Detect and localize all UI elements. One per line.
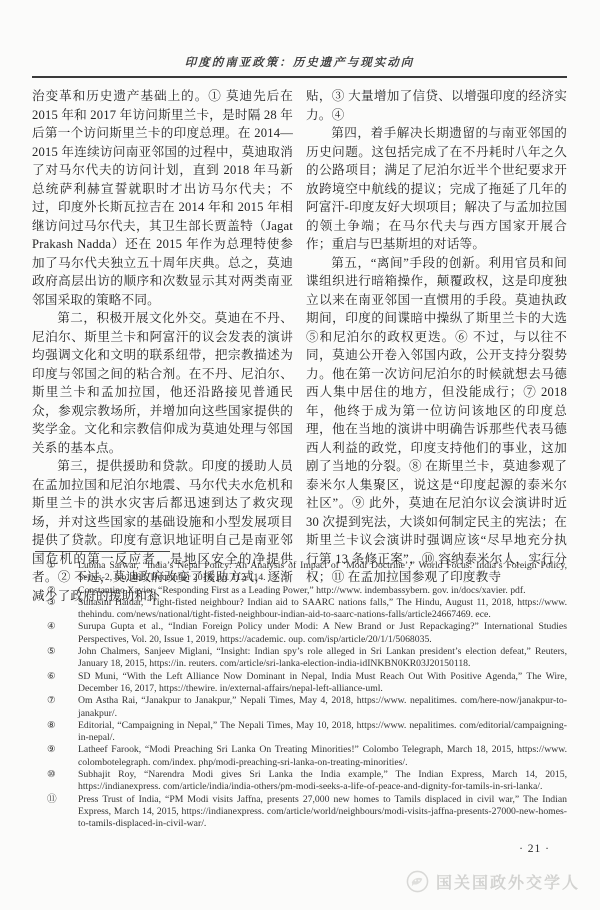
footnote-number: ② bbox=[47, 585, 56, 597]
footnote-text: Editorial, “Campaigning in Nepal,” The N… bbox=[78, 720, 567, 743]
footnote-number: ⑧ bbox=[47, 720, 56, 732]
footnote: ⑦ Om Astha Rai, “Janakpur to Janakpur,” … bbox=[32, 695, 567, 720]
watermark-label: 国关国政外交学人 bbox=[436, 870, 580, 893]
wechat-logo-icon bbox=[406, 870, 429, 893]
footnote-text: Suhasini Haidar, “Tight-fisted neighbour… bbox=[78, 597, 567, 620]
footnote-text: John Chalmers, Sanjeev Miglani, “Insight… bbox=[78, 646, 567, 669]
footnote-number: ③ bbox=[47, 597, 56, 609]
footnotes: ① Lubina Sarwar, “India’s Nepal Policy: … bbox=[32, 560, 567, 831]
footnote: ⑤ John Chalmers, Sanjeev Miglani, “Insig… bbox=[32, 646, 567, 671]
footnote-number: ① bbox=[47, 560, 56, 572]
footnote-number: ⑪ bbox=[47, 794, 57, 806]
article-body: 治变革和历史遗产基础上的。① 莫迪先后在 2015 年和 2017 年访问斯里兰… bbox=[32, 87, 567, 605]
footnote-number: ⑥ bbox=[47, 671, 56, 683]
footnote-number: ⑤ bbox=[47, 646, 56, 658]
footnote: ② Constantino Xavier, “Responding First … bbox=[32, 585, 567, 597]
left-column: 治变革和历史遗产基础上的。① 莫迪先后在 2015 年和 2017 年访问斯里兰… bbox=[32, 87, 293, 605]
body-paragraph: 治变革和历史遗产基础上的。① 莫迪先后在 2015 年和 2017 年访问斯里兰… bbox=[32, 87, 293, 309]
journal-page: 印度的南亚政策：历史遗产与现实动向 治变革和历史遗产基础上的。① 莫迪先后在 2… bbox=[0, 0, 600, 910]
page-number: · 21 · bbox=[0, 843, 550, 855]
footnote: ⑩ Subhajit Roy, “Narendra Modi gives Sri… bbox=[32, 769, 567, 794]
body-paragraph: 贴，③ 大量增加了信贷、以增强印度的经济实力。④ bbox=[306, 87, 567, 124]
footnote-number: ⑩ bbox=[47, 769, 56, 781]
footnote: ⑥ SD Muni, “With the Left Alliance Now D… bbox=[32, 671, 567, 696]
footnote-number: ⑦ bbox=[47, 695, 56, 707]
watermark: 国关国政外交学人 bbox=[406, 870, 580, 893]
footnote-separator bbox=[35, 551, 170, 552]
footnote-text: Constantino Xavier, “Responding First as… bbox=[78, 585, 526, 596]
footnote: ⑧ Editorial, “Campaigning in Nepal,” The… bbox=[32, 720, 567, 745]
footnote: ⑪ Press Trust of India, “PM Modi visits … bbox=[32, 794, 567, 831]
footnote-number: ⑨ bbox=[47, 744, 56, 756]
footnote: ① Lubina Sarwar, “India’s Nepal Policy: … bbox=[32, 560, 567, 585]
body-paragraph: 第五，“离间”手段的创新。利用官员和间谍组织进行暗箱操作，颠覆政权，这是印度独立… bbox=[306, 254, 567, 587]
footnote-text: Subhajit Roy, “Narendra Modi gives Sri L… bbox=[78, 769, 567, 792]
footnote-text: Latheef Farook, “Modi Preaching Sri Lank… bbox=[78, 744, 567, 767]
footnote-text: Om Astha Rai, “Janakpur to Janakpur,” Ne… bbox=[78, 695, 567, 718]
footnote-text: Lubina Sarwar, “India’s Nepal Policy: An… bbox=[78, 560, 567, 583]
footnote-text: Surupa Gupta et al., “Indian Foreign Pol… bbox=[78, 621, 567, 644]
body-paragraph: 第二，积极开展文化外交。莫迪在不丹、尼泊尔、斯里兰卡和阿富汗的议会发表的演讲均强… bbox=[32, 309, 293, 457]
footnote: ④ Surupa Gupta et al., “Indian Foreign P… bbox=[32, 621, 567, 646]
body-paragraph: 第四，着手解决长期遗留的与南亚邻国的历史问题。这包括完成了在不丹耗时八年之久的公… bbox=[306, 124, 567, 254]
footnote: ③ Suhasini Haidar, “Tight-fisted neighbo… bbox=[32, 597, 567, 622]
footnote: ⑨ Latheef Farook, “Modi Preaching Sri La… bbox=[32, 744, 567, 769]
right-column: 贴，③ 大量增加了信贷、以增强印度的经济实力。④ 第四，着手解决长期遗留的与南亚… bbox=[306, 87, 567, 605]
footnote-number: ④ bbox=[47, 621, 56, 633]
running-title: 印度的南亚政策：历史遗产与现实动向 bbox=[32, 54, 567, 70]
footnote-text: SD Muni, “With the Left Alliance Now Dom… bbox=[78, 671, 567, 694]
header-rule bbox=[32, 76, 567, 78]
footnote-text: Press Trust of India, “PM Modi visits Ja… bbox=[78, 794, 567, 830]
